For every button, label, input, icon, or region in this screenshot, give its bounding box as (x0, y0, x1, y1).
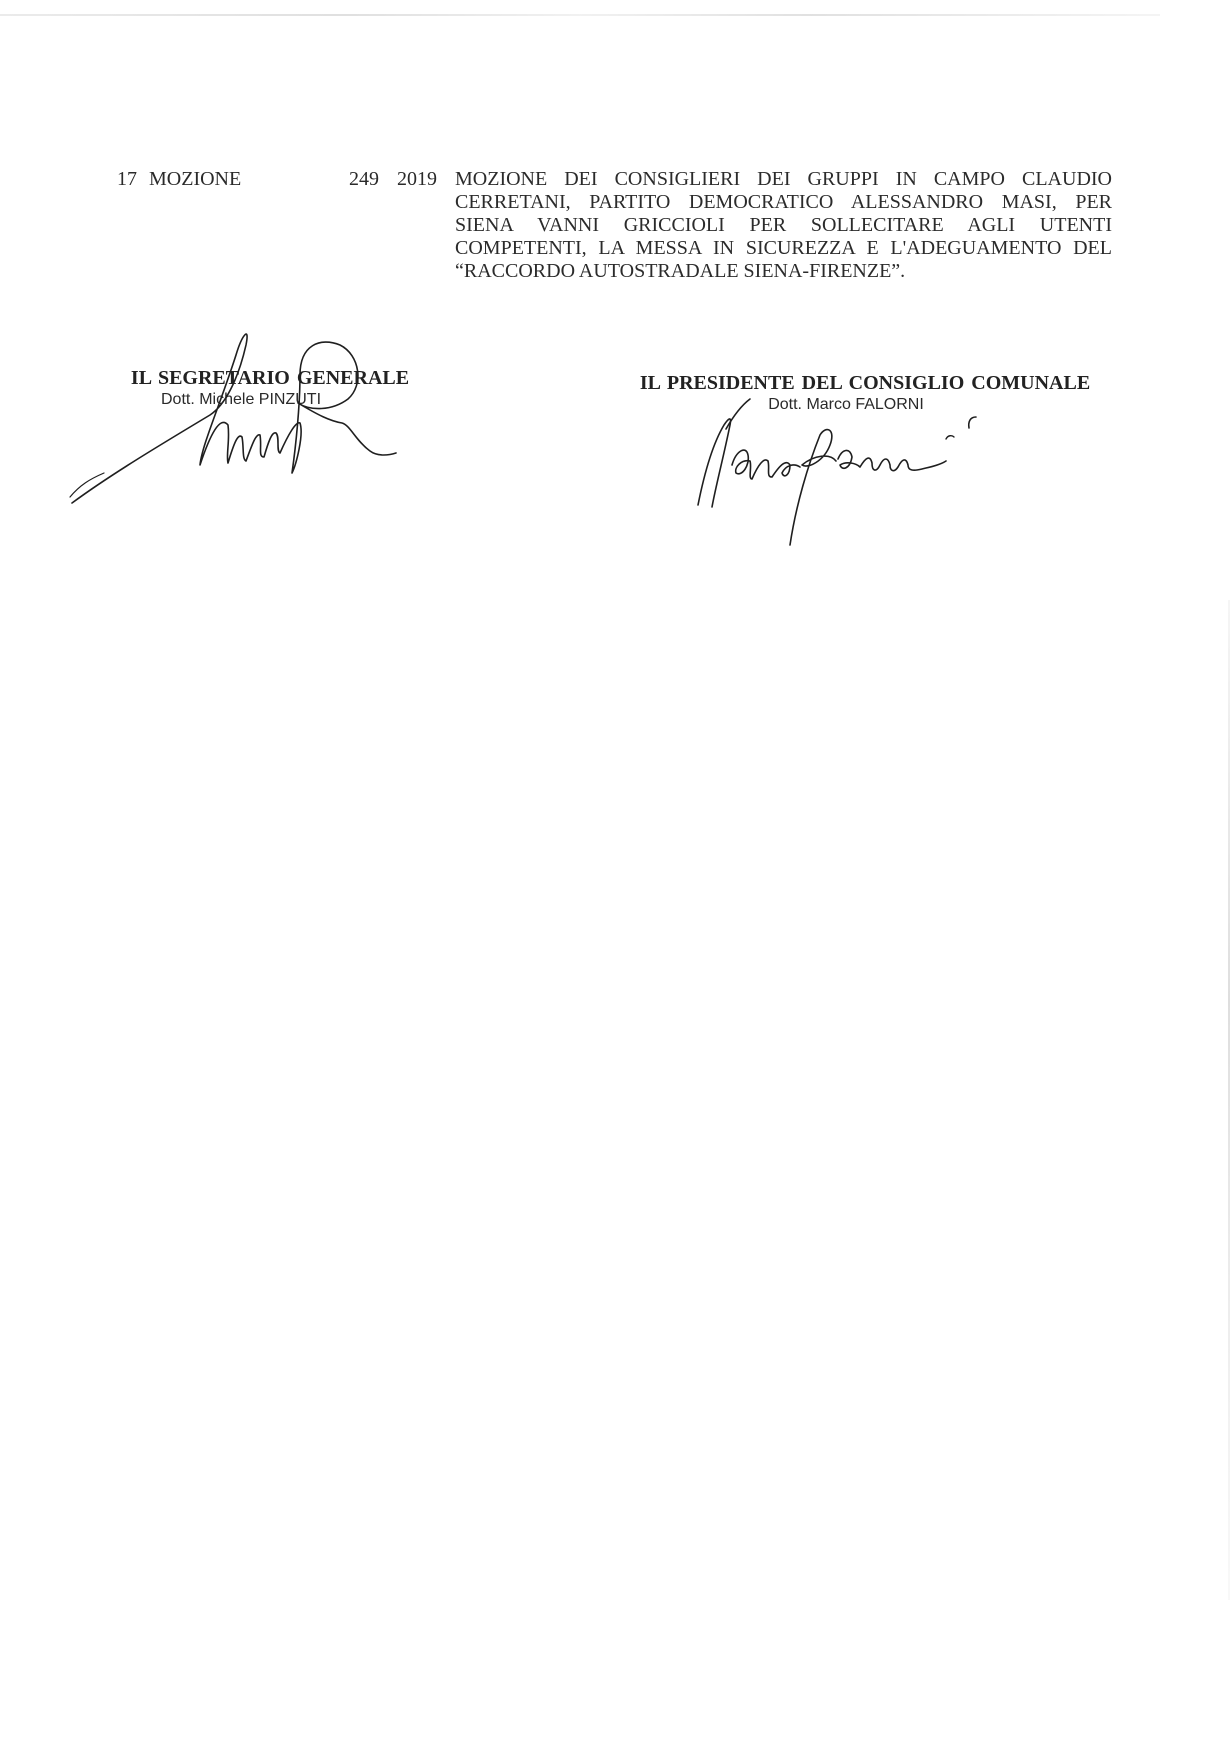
signatory-title: IL PRESIDENTE DEL CONSIGLIO COMUNALE (620, 371, 1110, 395)
motion-subject: MOZIONE DEI CONSIGLIERI DEI GRUPPI IN CA… (455, 168, 1112, 283)
signature-block-president: IL PRESIDENTE DEL CONSIGLIO COMUNALE Dot… (620, 371, 1110, 415)
subject-line: “RACCORDO AUTOSTRADALE SIENA-FIRENZE”. (455, 260, 1112, 283)
signatory-title: IL SEGRETARIO GENERALE (110, 366, 430, 390)
signatory-name: Dott. Marco FALORNI (582, 395, 1110, 415)
signature-block-secretary: IL SEGRETARIO GENERALE Dott. Michele PIN… (110, 366, 430, 410)
item-type: MOZIONE (149, 168, 241, 191)
scan-edge-top (0, 14, 1160, 16)
item-number: 17 (117, 168, 137, 191)
handwritten-signature-icon (60, 325, 400, 505)
act-number: 249 (349, 168, 379, 191)
subject-line: CERRETANI, PARTITO DEMOCRATICO ALESSANDR… (455, 191, 1112, 214)
subject-line: COMPETENTI, LA MESSA IN SICUREZZA E L'AD… (455, 237, 1112, 260)
handwritten-signature-icon (690, 395, 990, 555)
subject-line: SIENA VANNI GRICCIOLI PER SOLLECITARE AG… (455, 214, 1112, 237)
pen-mark-icon (965, 414, 979, 430)
subject-line: MOZIONE DEI CONSIGLIERI DEI GRUPPI IN CA… (455, 168, 1112, 191)
signatory-name: Dott. Michele PINZUTI (52, 390, 430, 410)
act-year: 2019 (397, 168, 437, 191)
scan-edge-right (1228, 600, 1230, 1600)
